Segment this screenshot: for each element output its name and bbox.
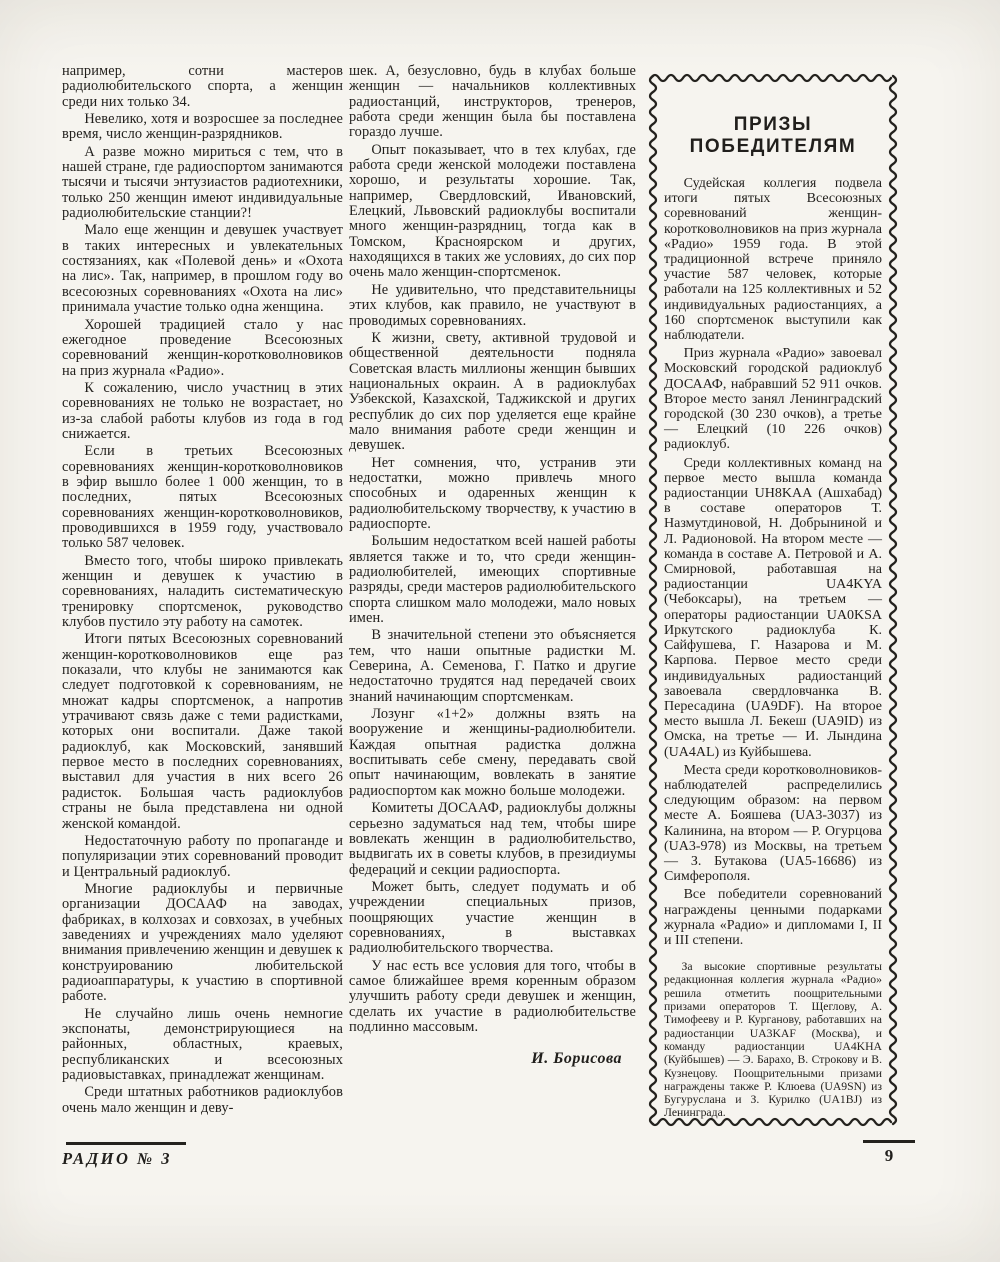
footer-right-rule	[863, 1140, 915, 1143]
paragraph: Приз журнала «Радио» завоевал Московский…	[664, 346, 882, 452]
paragraph: Все победители соревнований награждены ц…	[664, 887, 882, 948]
paragraph: Хорошей традицией стало у нас ежегодное …	[62, 318, 343, 379]
paragraph: К жизни, свету, активной трудовой и обще…	[349, 331, 636, 454]
footer-left-rule	[66, 1142, 186, 1145]
paragraph: А разве можно мириться с тем, что в наше…	[62, 145, 343, 222]
prizes-sidebar-box: ПРИЗЫ ПОБЕДИТЕЛЯМ Судейская коллегия под…	[647, 72, 899, 1128]
paragraph: Большим недостатком всей нашей работы яв…	[349, 534, 636, 626]
article-signature: И. Борисова	[349, 1051, 636, 1066]
paragraph: Итоги пятых Всесоюзных соревнований женщ…	[62, 632, 343, 831]
paragraph: Опыт показывает, что в тех клубах, где р…	[349, 143, 636, 281]
sidebar-footnote: За высокие спортивные результаты редакци…	[664, 960, 882, 1120]
paragraph: например, сотни мастеров радиолюбительск…	[62, 64, 343, 110]
article-column-2: шек. А, безусловно, будь в клубах больше…	[349, 64, 636, 1132]
paragraph: шек. А, безусловно, будь в клубах больше…	[349, 64, 636, 141]
paragraph: Судейская коллегия подвела итоги пятых В…	[664, 176, 882, 343]
paragraph: Если в третьих Всесоюзных соревнованиях …	[62, 444, 343, 551]
magazine-issue-label: РАДИО № 3	[62, 1149, 282, 1169]
footer-page-number: 9	[863, 1140, 915, 1166]
paragraph: Не случайно лишь очень немногие экспонат…	[62, 1007, 343, 1084]
paragraph: В значительной степени это объясняется т…	[349, 628, 636, 705]
paragraph: Недостаточную работу по пропаганде и поп…	[62, 834, 343, 880]
paragraph: Мало еще женщин и девушек участвует в та…	[62, 223, 343, 315]
paragraph: Не удивительно, что представительницы эт…	[349, 283, 636, 329]
paragraph: Вместо того, чтобы широко привлекать жен…	[62, 554, 343, 631]
sidebar-title: ПРИЗЫ ПОБЕДИТЕЛЯМ	[664, 114, 882, 158]
article-column-2-text: шек. А, безусловно, будь в клубах больше…	[349, 64, 636, 1035]
article-column-1: например, сотни мастеров радиолюбительск…	[62, 64, 343, 1132]
footer-magazine-label: РАДИО № 3	[62, 1142, 282, 1169]
paragraph: Лозунг «1+2» должны взять на вооружение …	[349, 707, 636, 799]
paragraph: К сожалению, число участниц в этих сорев…	[62, 381, 343, 442]
paragraph: Может быть, следует подумать и об учрежд…	[349, 880, 636, 957]
paragraph: Места среди коротковолновиков-наблюдател…	[664, 763, 882, 885]
paragraph: Комитеты ДОСААФ, радиоклубы должны серье…	[349, 801, 636, 878]
sidebar-text: Судейская коллегия подвела итоги пятых В…	[664, 176, 882, 948]
magazine-page: например, сотни мастеров радиолюбительск…	[0, 0, 1000, 1262]
page-number: 9	[863, 1146, 915, 1166]
paragraph: Нет сомнения, что, устранив эти недостат…	[349, 456, 636, 533]
paragraph: Среди коллективных команд на первое мест…	[664, 456, 882, 760]
paragraph: Невелико, хотя и возросшее за последнее …	[62, 112, 343, 143]
paragraph: У нас есть все условия для того, чтобы в…	[349, 959, 636, 1036]
paragraph: Среди штатных работников радиоклубов оче…	[62, 1085, 343, 1116]
paragraph: Многие радиоклубы и первичные организаци…	[62, 882, 343, 1005]
